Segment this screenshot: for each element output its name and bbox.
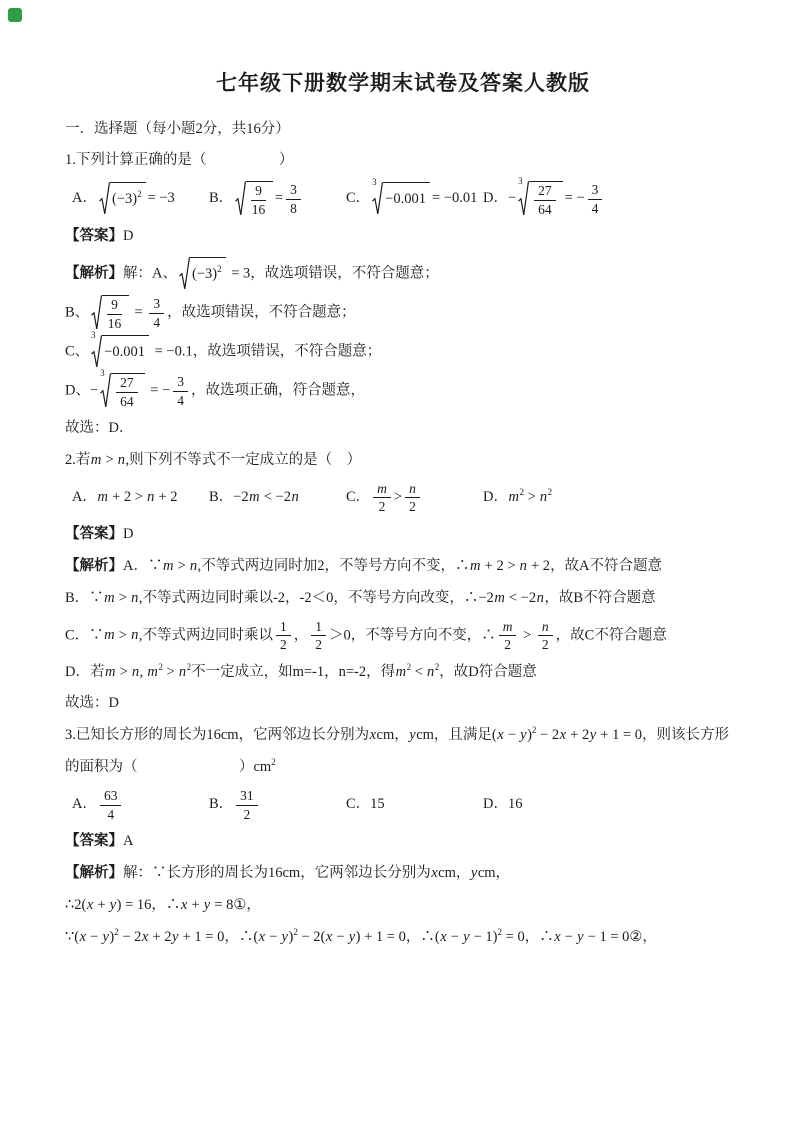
formula-run: ∴x + y = 8① (166, 897, 247, 913)
text-run: cm， (478, 865, 510, 881)
formula-run: m > n, m2 > n2 (104, 664, 191, 680)
q1-explain-a: 【解析】解：A、(−3)2 = 3，故选项错误，不符合题意； (65, 257, 741, 291)
text-run: 解： (123, 865, 152, 881)
text-run: D． (483, 482, 508, 514)
text-run: D．若 (65, 664, 104, 680)
text-run: 故选：D (65, 695, 119, 711)
text-run: 不一定成立，如m=-1，n=-2，得 (191, 664, 395, 680)
formula-run: m + 2 > n + 2 (97, 482, 178, 514)
q1-explain-b: B、916 = 34，故选项错误，不符合题意； (65, 295, 741, 331)
text-run: ， (224, 929, 239, 945)
radical-sign-icon (99, 182, 110, 216)
q3-option-c: C．15 (346, 789, 483, 821)
math-fraction: n2 (405, 481, 420, 515)
formula-run: ∵ (152, 865, 167, 881)
square-root-radical: (−3)2 (179, 257, 226, 291)
text-run: 则下列不等式不一定成立的是（ ） (129, 452, 361, 468)
green-corner-icon (8, 8, 22, 22)
q2-explain-a: 【解析】A．∵m > n,不等式两边同时加2，不等号方向不变，∴m + 2 > … (65, 551, 741, 583)
q2-answer: 【答案】D (65, 519, 741, 551)
q3-options: A．634B．312C．15D．16 (65, 788, 741, 822)
q3-option-b: B．312 (209, 788, 346, 822)
text-run: ，故选项错误，不符合题意； (250, 265, 439, 281)
formula-run: = 3 (228, 265, 251, 281)
section-heading: 一．选择题（每小题2分，共16分） (65, 114, 741, 146)
radical-sign-icon (518, 181, 529, 217)
bold-bracket-label: 【解析】 (65, 865, 123, 881)
text-run: 不等式两边同时乘以 (142, 627, 273, 643)
radical-sign-icon (91, 335, 102, 369)
text-run: cm，且满足 (416, 727, 492, 743)
formula-run: ∵m > n, (89, 590, 142, 606)
text-run: 长方形的周长为16cm，它两邻边长分别为 (167, 865, 431, 881)
math-fraction: n2 (538, 619, 553, 653)
math-fraction: 34 (173, 374, 188, 408)
text-run: 3.已知长方形的周长为16cm，它两邻边长分别为 (65, 727, 369, 743)
text-run: ，故D符合题意 (439, 664, 536, 680)
text-run: B． (65, 590, 89, 606)
formula-run: −0.001 (104, 337, 145, 369)
text-run: B． (209, 482, 233, 514)
formula-run: ∴(x − y − 1)2 = 0 (420, 929, 524, 945)
q1-explain-c: C、3−0.001 = −0.1，故选项错误，不符合题意； (65, 335, 741, 369)
q2-options: A．m + 2 > n + 2B．−2m < −2nC．m2 > n2D．m2 … (65, 481, 741, 515)
text-run: C． (346, 183, 370, 215)
document-title: 七年级下册数学期末试卷及答案人教版 (65, 68, 741, 100)
q2-explain-b: B．∵m > n,不等式两边同时乘以-2，-2＜0，不等号方向改变，∴−2m <… (65, 583, 741, 615)
cube-root-radical: 32764 (518, 181, 563, 217)
text-run: ， (246, 897, 261, 913)
formula-run: ∴ (481, 627, 496, 643)
math-fraction: 34 (588, 182, 603, 216)
formula-run: ∴x − y − 1 = 0② (539, 929, 642, 945)
formula-run: = − (147, 382, 171, 398)
math-fraction: 916 (107, 297, 122, 331)
text-run: B、 (65, 304, 89, 320)
text-run: A． (72, 789, 97, 821)
formula-run: = −0.01 (432, 183, 477, 215)
text-run: ，故C不符合题意 (556, 627, 667, 643)
q3-stem: 3.已知长方形的周长为16cm，它两邻边长分别为xcm，ycm，且满足(x − … (65, 720, 741, 784)
text-run: D (123, 228, 133, 244)
text-run: 故选：D． (65, 420, 133, 436)
formula-run: (−3)2 (192, 259, 222, 291)
text-run: B． (209, 789, 233, 821)
text-run: B． (209, 183, 233, 215)
text-run: ，故选项错误，不符合题意； (193, 343, 382, 359)
math-fraction: m2 (373, 481, 391, 515)
q1-option-c: C．3−0.001 = −0.01 (346, 182, 483, 216)
text-run: ，故B不符合题意 (544, 590, 655, 606)
q2-option-b: B．−2m < −2n (209, 482, 346, 514)
document-lines: 一．选择题（每小题2分，共16分）1.下列计算正确的是（ ）A．(−3)2 = … (65, 114, 741, 954)
bold-bracket-label: 【答案】 (65, 228, 123, 244)
text-run: D． (483, 183, 508, 215)
text-run: cm， (377, 727, 409, 743)
q1-conclusion: 故选：D． (65, 413, 741, 445)
formula-run: ∵(x − y)2 − 2x + 2y + 1 = 0 (65, 929, 224, 945)
q2-explain-c: C．∵m > n,不等式两边同时乘以12，12＞0，不等号方向不变，∴m2 > … (65, 619, 741, 653)
formula-run: > (519, 627, 534, 643)
q1-stem: 1.下列计算正确的是（ ） (65, 145, 741, 177)
text-run: ， (151, 897, 166, 913)
square-root-radical: 916 (235, 181, 273, 217)
q1-options: A．(−3)2 = −3B．916 = 38C．3−0.001 = −0.01D… (65, 181, 741, 217)
q1-option-a: A．(−3)2 = −3 (72, 182, 209, 216)
bold-bracket-label: 【解析】 (65, 265, 123, 281)
q1-answer: 【答案】D (65, 221, 741, 253)
radical-sign-icon (100, 373, 111, 409)
q1-explain-d: D、−32764 = −34，故选项正确，符合题意， (65, 373, 741, 409)
text-run: C、 (65, 343, 89, 359)
text-run: A (123, 833, 133, 849)
cube-root-radical: 3−0.001 (372, 182, 430, 216)
text-run: ＞0，不等号方向不变， (329, 627, 481, 643)
text-run: 1.下列计算正确的是（ ） (65, 152, 293, 168)
math-fraction: 312 (236, 788, 258, 822)
text-run: C． (346, 482, 370, 514)
q1-option-b: B．916 = 38 (209, 181, 346, 217)
q2-option-a: A．m + 2 > n + 2 (72, 482, 209, 514)
radical-sign-icon (235, 181, 246, 217)
document-page: 七年级下册数学期末试卷及答案人教版 一．选择题（每小题2分，共16分）1.下列计… (0, 0, 793, 1122)
text-run: 不等式两边同时乘以-2，-2＜0，不等号方向改变， (142, 590, 463, 606)
formula-run: = −3 (148, 183, 175, 215)
text-run: cm， (438, 865, 470, 881)
formula-run: ∴2(x + y) = 16 (65, 897, 151, 913)
text-run: D．16 (483, 789, 522, 821)
formula-run: = −0.1 (151, 343, 193, 359)
radical-sign-icon (372, 182, 383, 216)
text-run: ，故选项错误，不符合题意； (167, 304, 356, 320)
math-fraction: 634 (100, 788, 122, 822)
formula-run: ∴m + 2 > n + 2 (455, 558, 550, 574)
formula-run: ∵m > n, (148, 558, 201, 574)
radical-sign-icon (91, 295, 102, 331)
formula-run: ∵m > n, (89, 627, 142, 643)
text-run: 2.若 (65, 452, 90, 468)
formula-run: = − (565, 183, 585, 215)
text-run: C．15 (346, 789, 385, 821)
formula-run: −0.001 (385, 184, 426, 216)
formula-run: x (369, 727, 376, 743)
formula-run: ∴−2m < −2n (464, 590, 545, 606)
math-fraction: 2764 (116, 375, 138, 409)
math-fraction: 12 (311, 619, 326, 653)
math-fraction: 2764 (534, 183, 556, 217)
text-run: C． (65, 627, 89, 643)
cube-root-radical: 3−0.001 (91, 335, 149, 369)
text-run: 一．选择题（每小题2分，共16分） (65, 121, 290, 137)
text-run: ， (294, 627, 309, 643)
text-run: 解：A、 (123, 265, 177, 281)
formula-run: = (131, 304, 146, 320)
math-fraction: 12 (276, 619, 291, 653)
q2-option-d: D．m2 > n2 (483, 482, 552, 514)
text-run: ，故A不符合题意 (550, 558, 662, 574)
text-run: ， (406, 929, 421, 945)
q3-explain-2: ∴2(x + y) = 16，∴x + y = 8①， (65, 890, 741, 922)
text-run: ，故选项正确，符合题意， (191, 382, 365, 398)
formula-run: ∴(x − y)2 − 2(x − y) + 1 = 0 (239, 929, 406, 945)
q2-option-c: C．m2 > n2 (346, 481, 483, 515)
formula-run: y (470, 865, 477, 881)
q3-option-a: A．634 (72, 788, 209, 822)
math-fraction: 916 (251, 183, 266, 217)
math-fraction: m2 (499, 619, 517, 653)
formula-run: (x − y)2 − 2x + 2y + 1 = 0 (492, 727, 642, 743)
text-run: A． (72, 482, 97, 514)
math-fraction: 38 (286, 182, 301, 216)
q1-option-d: D．−32764 = −34 (483, 181, 605, 217)
formula-run: (−3)2 (112, 184, 142, 216)
square-root-radical: 916 (91, 295, 129, 331)
text-run: 不等式两边同时加2，不等号方向不变， (201, 558, 455, 574)
text-run: D (123, 526, 133, 542)
text-run: D、 (65, 382, 90, 398)
bold-bracket-label: 【答案】 (65, 526, 123, 542)
formula-run: −2m < −2n (233, 482, 299, 514)
q3-explain-1: 【解析】解：∵长方形的周长为16cm，它两邻边长分别为xcm，ycm， (65, 858, 741, 890)
text-run: ， (525, 929, 540, 945)
formula-run: − (90, 382, 98, 398)
q2-explain-d: D．若m > n, m2 > n2不一定成立，如m=-1，n=-2，得m2 < … (65, 657, 741, 689)
q2-stem: 2.若m > n,则下列不等式不一定成立的是（ ） (65, 445, 741, 477)
formula-run: 2 (271, 759, 276, 775)
formula-run: − (508, 183, 516, 215)
formula-run: = (275, 183, 283, 215)
math-fraction: 34 (149, 296, 164, 330)
formula-run: m2 > n2 (508, 482, 552, 514)
formula-run: m > n, (90, 452, 129, 468)
q2-conclusion: 故选：D (65, 688, 741, 720)
formula-run: m2 < n2 (395, 664, 439, 680)
text-run: A． (123, 558, 148, 574)
text-run: A． (72, 183, 97, 215)
square-root-radical: (−3)2 (99, 182, 146, 216)
bold-bracket-label: 【答案】 (65, 833, 123, 849)
q3-explain-3: ∵(x − y)2 − 2x + 2y + 1 = 0，∴(x − y)2 − … (65, 922, 741, 954)
bold-bracket-label: 【解析】 (65, 558, 123, 574)
radical-sign-icon (179, 257, 190, 291)
text-run: ， (642, 929, 657, 945)
cube-root-radical: 32764 (100, 373, 145, 409)
formula-run: > (394, 482, 402, 514)
q3-option-d: D．16 (483, 789, 522, 821)
q3-answer: 【答案】A (65, 826, 741, 858)
